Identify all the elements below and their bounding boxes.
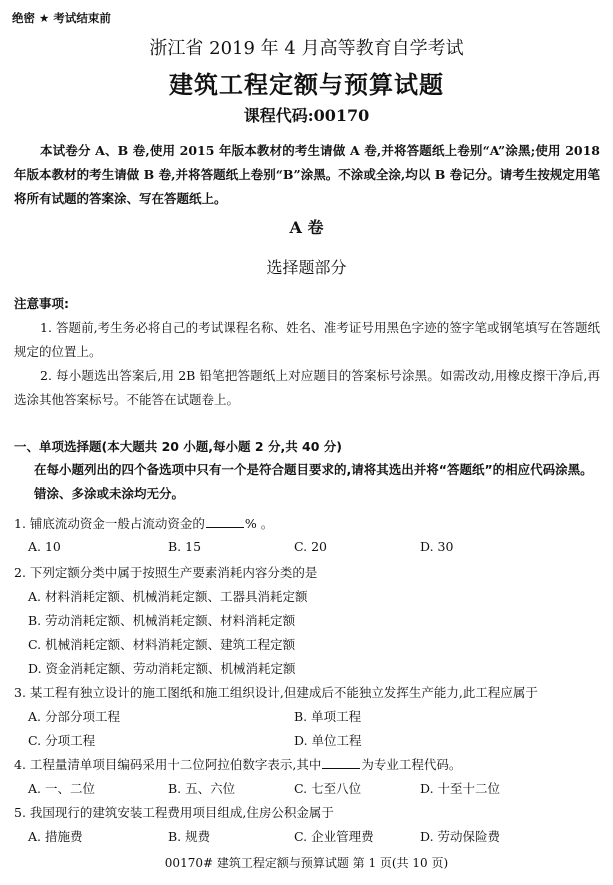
- question-1-option-d: D. 30: [420, 539, 453, 554]
- question-4-option-a: A. 一、二位: [28, 779, 95, 797]
- question-1-option-b: B. 15: [168, 539, 201, 554]
- paper-title: 建筑工程定额与预算试题: [0, 65, 613, 100]
- intro-paragraph: 本试卷分 A、B 卷,使用 2015 年版本教材的考生请做 A 卷,并将答题纸上…: [14, 139, 600, 211]
- answer-blank: [206, 515, 244, 528]
- confidential-mark: 绝密 ★ 考试结束前: [12, 10, 111, 26]
- question-3-option-b: B. 单项工程: [294, 707, 361, 725]
- question-2-option-c: C. 机械消耗定额、材料消耗定额、建筑工程定额: [28, 635, 295, 653]
- part-one-description: 在每小题列出的四个备选项中只有一个是符合题目要求的,请将其选出并将“答题纸”的相…: [34, 458, 600, 506]
- question-3-option-a: A. 分部分项工程: [28, 707, 120, 725]
- question-1-option-a: A. 10: [28, 539, 61, 554]
- question-1-option-c: C. 20: [294, 539, 327, 554]
- question-5-option-c: C. 企业管理费: [294, 827, 374, 845]
- notice-heading: 注意事项:: [14, 294, 69, 312]
- question-1-text: 1. 铺底流动资金一般占流动资金的: [14, 516, 205, 531]
- question-4-text: 4. 工程量清单项目编码采用十二位阿拉伯数字表示,其中: [14, 757, 321, 772]
- question-1-stem: 1. 铺底流动资金一般占流动资金的% 。: [14, 514, 273, 532]
- question-5-stem: 5. 我国现行的建筑安装工程费用项目组成,住房公积金属于: [14, 803, 334, 821]
- question-3-option-d: D. 单位工程: [294, 731, 362, 749]
- question-4-option-c: C. 七至八位: [294, 779, 361, 797]
- question-2-option-d: D. 资金消耗定额、劳动消耗定额、机械消耗定额: [28, 659, 296, 677]
- question-4-option-b: B. 五、六位: [168, 779, 235, 797]
- course-code: 课程代码:00170: [0, 103, 613, 126]
- question-3-stem: 3. 某工程有独立设计的施工图纸和施工组织设计,但建成后不能独立发挥生产能力,此…: [14, 683, 538, 701]
- question-2-stem: 2. 下列定额分类中属于按照生产要素消耗内容分类的是: [14, 563, 317, 581]
- section-title: 选择题部分: [0, 255, 613, 278]
- volume-title: A 卷: [0, 215, 613, 238]
- answer-blank: [322, 756, 360, 769]
- question-2-option-a: A. 材料消耗定额、机械消耗定额、工器具消耗定额: [28, 587, 307, 605]
- question-2-option-b: B. 劳动消耗定额、机械消耗定额、材料消耗定额: [28, 611, 295, 629]
- part-one-heading: 一、单项选择题(本大题共 20 小题,每小题 2 分,共 40 分): [14, 437, 342, 455]
- notice-item: 1. 答题前,考生务必将自己的考试课程名称、姓名、准考证号用黑色字迹的签字笔或钢…: [14, 316, 600, 364]
- question-1-suffix: % 。: [245, 516, 273, 531]
- question-4-suffix: 为专业工程代码。: [361, 757, 461, 772]
- exam-title: 浙江省 2019 年 4 月高等教育自学考试: [0, 34, 613, 60]
- question-4-option-d: D. 十至十二位: [420, 779, 500, 797]
- question-5-option-a: A. 措施费: [28, 827, 82, 845]
- question-3-option-c: C. 分项工程: [28, 731, 95, 749]
- question-5-option-b: B. 规费: [168, 827, 210, 845]
- question-5-option-d: D. 劳动保险费: [420, 827, 500, 845]
- question-4-stem: 4. 工程量清单项目编码采用十二位阿拉伯数字表示,其中为专业工程代码。: [14, 755, 461, 773]
- notice-item: 2. 每小题选出答案后,用 2B 铅笔把答题纸上对应题目的答案标号涂黑。如需改动…: [14, 364, 600, 412]
- page-footer: 00170# 建筑工程定额与预算试题 第 1 页(共 10 页): [0, 854, 613, 871]
